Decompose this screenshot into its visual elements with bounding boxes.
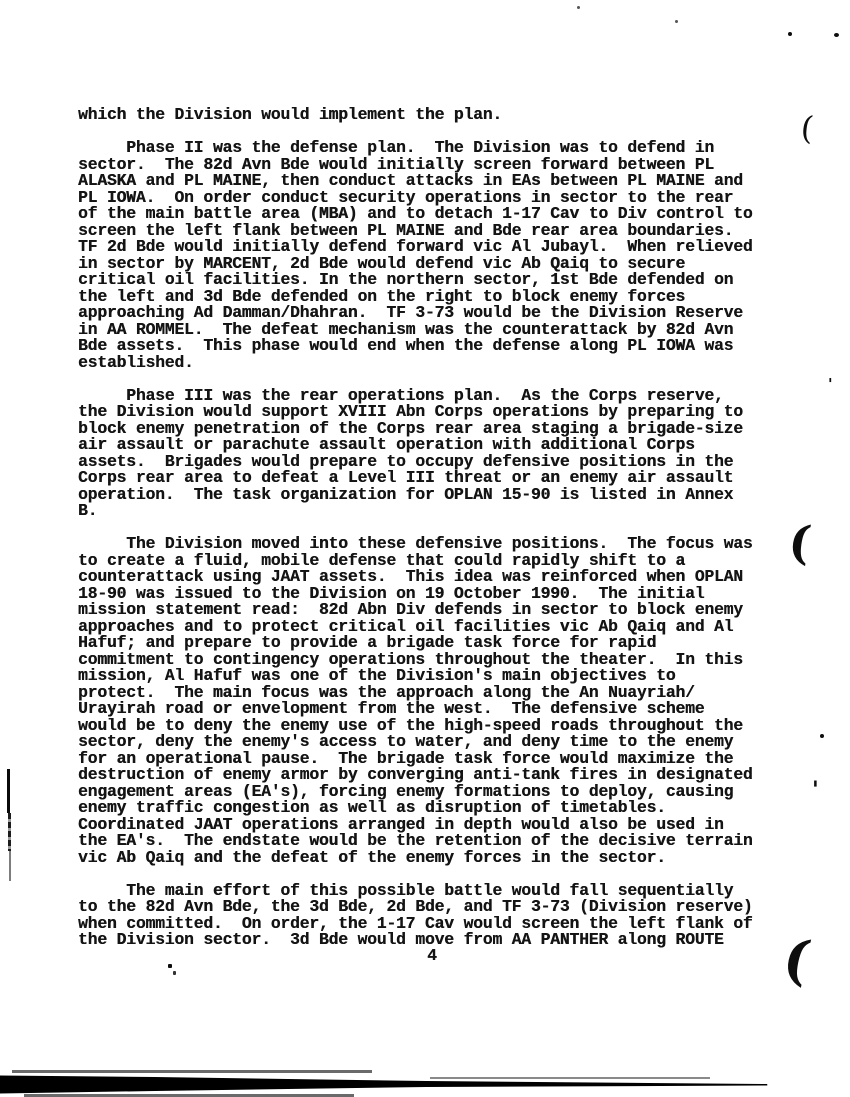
scan-bottom-bar-fringe-top (12, 1070, 372, 1073)
scan-paren-mark-top: ( (799, 111, 815, 144)
scan-speck-right-margin (820, 734, 824, 738)
paragraph-intro-line: which the Division would implement the p… (78, 107, 800, 124)
scan-left-margin-line-solid (7, 769, 10, 813)
scan-apostrophe-mark-upper: ' (828, 377, 833, 392)
scan-left-margin-line-faint (9, 851, 11, 881)
scan-bottom-bar-fringe-mid (430, 1077, 710, 1079)
scan-speck-below-page-number-1 (168, 964, 172, 968)
page-background: which the Division would implement the p… (0, 0, 850, 1097)
scan-apostrophe-mark-lower: ' (812, 779, 819, 801)
scanned-document-page: { "page": { "page_number": "4", "paragra… (0, 0, 850, 1097)
scan-speck-top-edge-2 (675, 20, 678, 23)
scan-speck-top-right-2 (834, 33, 839, 37)
scan-left-margin-line-dashed (8, 813, 11, 851)
document-body: which the Division would implement the p… (78, 107, 800, 965)
scan-speck-top-right-1 (788, 32, 792, 36)
paragraph-main-effort: The main effort of this possible battle … (78, 883, 800, 949)
paragraph-phase-3: Phase III was the rear operations plan. … (78, 388, 800, 520)
paragraph-division-moved: The Division moved into these defensive … (78, 536, 800, 866)
scan-speck-top-edge-1 (577, 6, 580, 9)
paragraph-phase-2: Phase II was the defense plan. The Divis… (78, 140, 800, 371)
scan-speck-below-page-number-2 (173, 971, 176, 975)
page-number: 4 (0, 946, 850, 965)
